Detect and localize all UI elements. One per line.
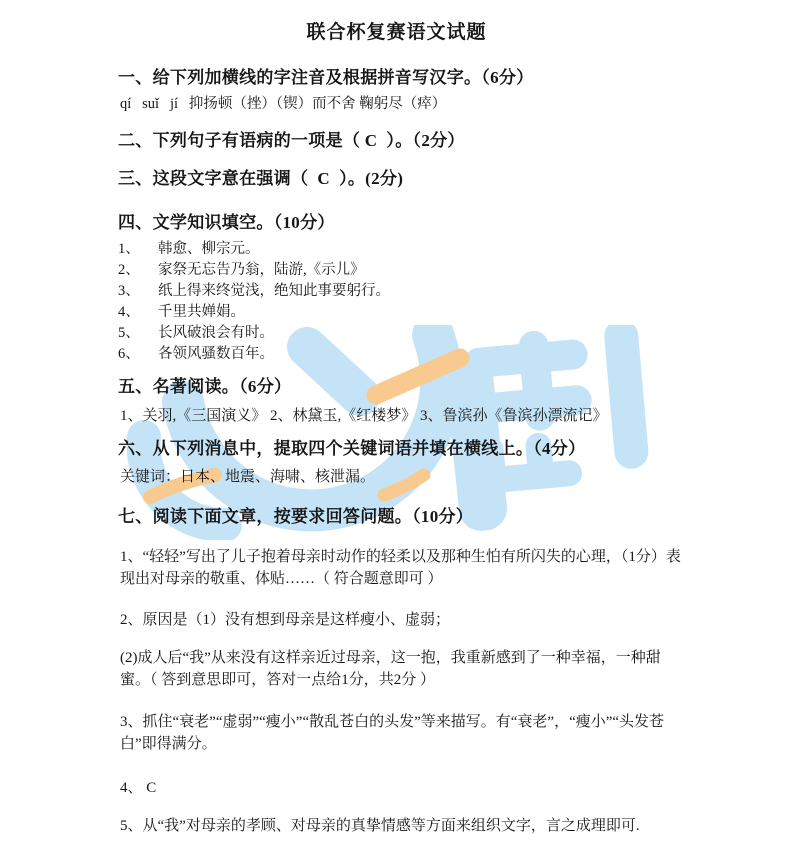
item-number: 5、 — [118, 323, 158, 344]
section-7-heading: 七、阅读下面文章，按要求回答问题。（10分） — [118, 502, 473, 527]
section-7-answer-2b: (2)成人后“我”从来没有这样亲近过母亲，这一抱，我重新感到了一种幸福，一种甜蜜… — [120, 647, 685, 691]
section-7-answer-4: 4、 C — [120, 777, 685, 799]
section-2-heading: 二、下列句子有语病的一项是（ C ）。（2分） — [118, 126, 465, 151]
section-6-keywords-line: 关键词：日本、地震、海啸、核泄漏。 — [120, 465, 375, 486]
item-text: 韩愈、柳宗元。 — [158, 239, 260, 260]
item-number: 1、 — [118, 239, 158, 260]
test-paper-page: 联合杯复赛语文试题 一、给下列加横线的字注音及根据拼音写汉字。（6分） qí s… — [0, 0, 793, 860]
item-number: 2、 — [118, 260, 158, 281]
item-text: 家祭无忘告乃翁，陆游,《示儿》 — [158, 260, 365, 281]
section-4-heading: 四、文学知识填空。（10分） — [118, 208, 335, 233]
section-5-heading: 五、名著阅读。（6分） — [118, 372, 291, 397]
section-3-heading: 三、这段文字意在强调（ C ）。(2分) — [118, 164, 403, 189]
page-title: 联合杯复赛语文试题 — [0, 17, 793, 44]
list-item: 6、 各领风骚数百年。 — [118, 344, 390, 365]
section-4-answer-list: 1、 韩愈、柳宗元。 2、 家祭无忘告乃翁，陆游,《示儿》 3、 纸上得来终觉浅… — [118, 239, 390, 365]
item-text: 长风破浪会有时。 — [158, 323, 274, 344]
list-item: 2、 家祭无忘告乃翁，陆游,《示儿》 — [118, 260, 390, 281]
item-number: 4、 — [118, 302, 158, 323]
list-item: 5、 长风破浪会有时。 — [118, 323, 390, 344]
list-item: 3、 纸上得来终觉浅，绝知此事要躬行。 — [118, 281, 390, 302]
list-item: 1、 韩愈、柳宗元。 — [118, 239, 390, 260]
item-text: 纸上得来终觉浅，绝知此事要躬行。 — [158, 281, 390, 302]
section-1-heading: 一、给下列加横线的字注音及根据拼音写汉字。（6分） — [118, 63, 534, 88]
section-5-answer-line: 1、关羽,《三国演义》 2、林黛玉,《红楼梦》 3、鲁滨孙《鲁滨孙漂流记》 — [120, 404, 608, 425]
section-7-answer-2: 2、原因是（1）没有想到母亲是这样瘦小、虚弱； — [120, 609, 685, 631]
section-6-heading: 六、从下列消息中，提取四个关键词语并填在横线上。（4分） — [118, 434, 585, 459]
item-text: 各领风骚数百年。 — [158, 344, 274, 365]
section-1-pinyin-answer-line: qí suǐ jí 抑扬顿（挫）（锲）而不舍 鞠躬尽（瘁） — [120, 92, 446, 113]
item-number: 6、 — [118, 344, 158, 365]
section-7-answer-3: 3、抓住“衰老”“虚弱”“瘦小”“散乱苍白的头发”等来描写。有“衰老”，“瘦小”… — [120, 711, 685, 755]
item-text: 千里共婵娟。 — [158, 302, 245, 323]
section-7-answer-1: 1、“轻轻”写出了儿子抱着母亲时动作的轻柔以及那种生怕有所闪失的心理，（1分）表… — [120, 546, 685, 590]
document-content: 联合杯复赛语文试题 一、给下列加横线的字注音及根据拼音写汉字。（6分） qí s… — [0, 0, 793, 860]
section-7-answer-5: 5、从“我”对母亲的孝顾、对母亲的真挚情感等方面来组织文字，言之成理即可. — [120, 815, 685, 837]
list-item: 4、 千里共婵娟。 — [118, 302, 390, 323]
item-number: 3、 — [118, 281, 158, 302]
